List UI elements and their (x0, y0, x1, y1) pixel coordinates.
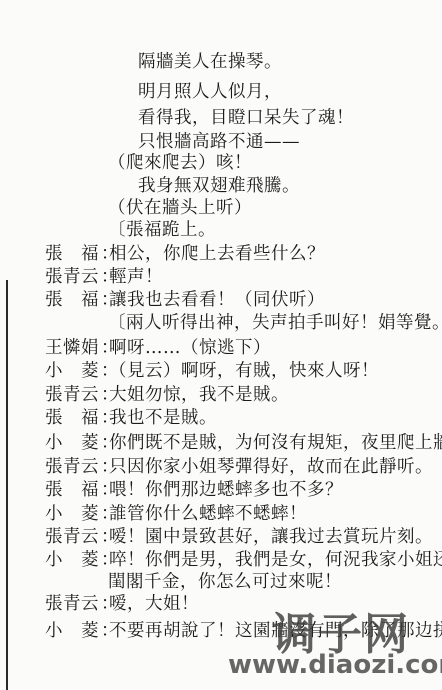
scanned-script-page: 隔牆美人在操琴。 明月照人人似月， 看得我，目瞪口呆失了魂！ 只恨牆高路不通——… (0, 0, 442, 690)
stage-direction: 〔張福跪上。 (108, 220, 216, 240)
dialogue-row: 張 福：相公，你爬上去看些什么？ (45, 244, 325, 264)
speaker-name: 張青云 (45, 457, 101, 477)
dialogue-text: 大姐勿惊，我不是賊。 (109, 385, 289, 405)
speaker-name: 張 福 (45, 408, 101, 428)
dialogue-text: 輕声！ (109, 267, 163, 287)
dialogue-text: 〔兩人听得出神，失声拍手叫好！娟等覺。 (108, 313, 442, 333)
page-border-line (6, 280, 8, 690)
verse-line: 明月照人人似月， (138, 82, 282, 102)
watermark-url: www.diaozi.com (228, 650, 442, 680)
dialogue-text: 啊呀……（惊逃下） (109, 338, 271, 358)
speaker-name: 張 福 (45, 290, 101, 310)
speaker-colon: ： (101, 338, 109, 358)
speaker-colon: ： (101, 594, 109, 614)
speaker-name: 張青云 (45, 594, 101, 614)
speaker-colon: ： (101, 361, 109, 381)
speaker-name: 小 菱 (45, 504, 101, 524)
dialogue-row: 小 菱：（見云）啊呀，有賊，快來人呀！ (45, 361, 379, 381)
dialogue-text: 閨閣千金，你怎么可过來呢！ (108, 572, 342, 592)
dialogue-text: 你們既不是賊，为何沒有規矩，夜里爬上牆來？ (109, 433, 442, 453)
dialogue-row: 張青云：大姐勿惊，我不是賊。 (45, 385, 289, 405)
dialogue-continuation: 〔兩人听得出神，失声拍手叫好！娟等覺。 (108, 313, 442, 333)
stage-direction: （伏在牆头上听） (108, 198, 252, 218)
dialogue-row: 小 菱：你們既不是賊，为何沒有規矩，夜里爬上牆來？ (45, 433, 442, 453)
speaker-colon: ： (101, 527, 109, 547)
dialogue-row: 小 菱：啐！你們是男，我們是女，何況我家小姐还是 (45, 550, 442, 570)
speaker-colon: ： (101, 433, 109, 453)
speaker-colon: ： (101, 290, 109, 310)
verse-line: 我身無双翅难飛騰。 (138, 176, 300, 196)
speaker-name: 小 菱 (45, 433, 101, 453)
dialogue-text: 我也不是賊。 (109, 408, 217, 428)
speaker-name: 小 菱 (45, 621, 101, 641)
verse-line: 只恨牆高路不通—— (138, 132, 300, 152)
speaker-name: 張 福 (45, 244, 101, 264)
speaker-name: 張青云 (45, 527, 101, 547)
dialogue-continuation: 閨閣千金，你怎么可过來呢！ (108, 572, 342, 592)
speaker-name: 王憐娟 (45, 338, 101, 358)
speaker-name: 張青云 (45, 385, 101, 405)
dialogue-text: 誰管你什么蟋蟀不蟋蟀！ (109, 504, 307, 524)
speaker-colon: ： (101, 457, 109, 477)
speaker-colon: ： (101, 550, 109, 570)
speaker-colon: ： (101, 385, 109, 405)
speaker-name: 張青云 (45, 267, 101, 287)
speaker-colon: ： (101, 244, 109, 264)
speaker-name: 小 菱 (45, 550, 101, 570)
dialogue-row: 王憐娟：啊呀……（惊逃下） (45, 338, 271, 358)
dialogue-text: 嗳！園中景致甚好，讓我过去賞玩片刻。 (109, 527, 433, 547)
dialogue-row: 小 菱：誰管你什么蟋蟀不蟋蟀！ (45, 504, 307, 524)
dialogue-text: 嗳，大姐！ (109, 594, 199, 614)
speaker-name: 張 福 (45, 480, 101, 500)
dialogue-row: 張青云：嗳！園中景致甚好，讓我过去賞玩片刻。 (45, 527, 433, 547)
dialogue-text: （見云）啊呀，有賊，快來人呀！ (109, 361, 379, 381)
speaker-colon: ： (101, 504, 109, 524)
dialogue-row: 張 福：我也不是賊。 (45, 408, 217, 428)
dialogue-text: 啐！你們是男，我們是女，何況我家小姐还是 (109, 550, 442, 570)
dialogue-text: 相公，你爬上去看些什么？ (109, 244, 325, 264)
dialogue-row: 張 福：喂！你們那边蟋蟀多也不多？ (45, 480, 343, 500)
dialogue-text: 讓我也去看看！（同伏听） (109, 290, 325, 310)
dialogue-row: 張青云：嗳，大姐！ (45, 594, 199, 614)
verse-line: 看得我，目瞪口呆失了魂！ (138, 108, 354, 128)
dialogue-row: 張青云：只因你家小姐琴彈得好，故而在此靜听。 (45, 457, 433, 477)
dialogue-text: 喂！你們那边蟋蟀多也不多？ (109, 480, 343, 500)
speaker-colon: ： (101, 621, 109, 641)
speaker-name: 小 菱 (45, 361, 101, 381)
speaker-colon: ： (101, 267, 109, 287)
speaker-colon: ： (101, 408, 109, 428)
dialogue-row: 張 福：讓我也去看看！（同伏听） (45, 290, 325, 310)
verse-line: 隔牆美人在操琴。 (138, 52, 282, 72)
dialogue-row: 張青云：輕声！ (45, 267, 163, 287)
speaker-colon: ： (101, 480, 109, 500)
dialogue-text: 只因你家小姐琴彈得好，故而在此靜听。 (109, 457, 433, 477)
stage-direction: （爬來爬去）咳！ (108, 153, 252, 173)
